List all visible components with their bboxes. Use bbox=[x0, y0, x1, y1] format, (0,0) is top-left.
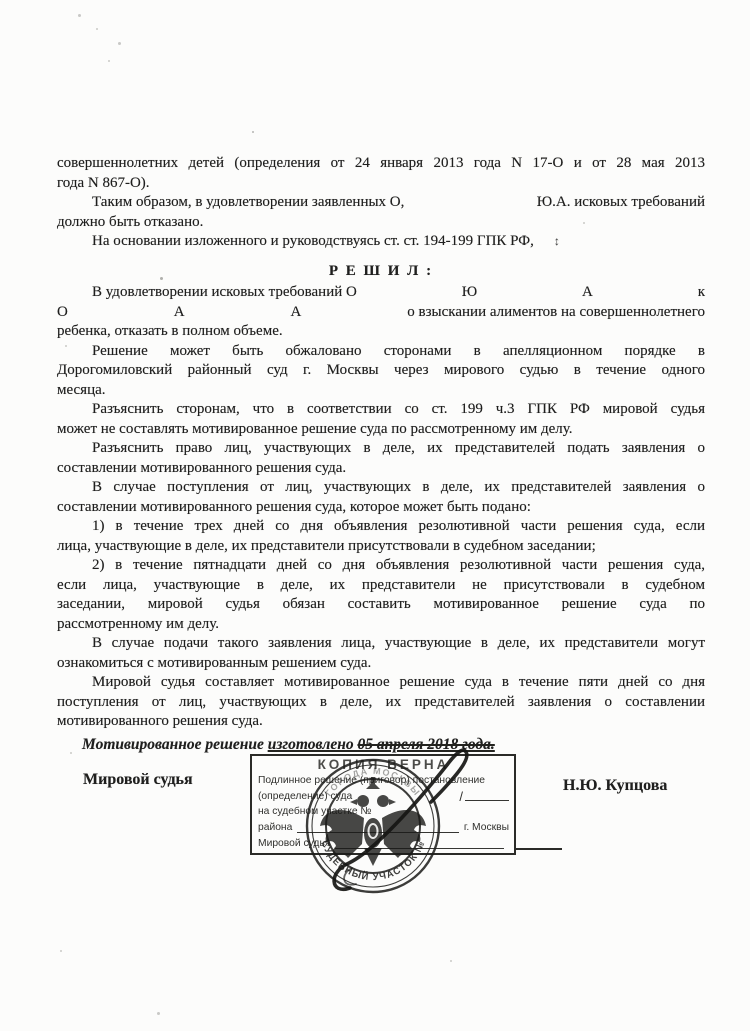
text-line: поступления от лиц, участвующих в деле, … bbox=[57, 693, 705, 713]
text-line: 1) в течение трех дней со дня объявления… bbox=[57, 517, 705, 537]
redacted-initial: Ю bbox=[462, 283, 477, 303]
text-line: Дорогомиловский районный суд г. Москвы ч… bbox=[57, 361, 705, 381]
date-note-struck-date: 05 апреля 2018 года. bbox=[357, 736, 494, 753]
date-note: Мотивированное решение изготовлено 05 ап… bbox=[82, 736, 495, 754]
pen-mark: ↕ bbox=[554, 234, 560, 248]
redacted-initial: О bbox=[57, 303, 68, 323]
text-segment: о взыскании алиментов на совершеннолетне… bbox=[407, 303, 705, 323]
scanned-court-decision-page: совершеннолетних детей (определения от 2… bbox=[0, 0, 750, 1031]
text-line: Мировой судья составляет мотивированное … bbox=[57, 673, 705, 693]
text-line: должно быть отказано. bbox=[57, 213, 705, 233]
scan-speck bbox=[70, 752, 72, 754]
text-line: составлении мотивированного решения суда… bbox=[57, 498, 705, 518]
text-line: ребенка, отказать в полном объеме. bbox=[57, 322, 705, 342]
stamp-line-extension bbox=[514, 848, 562, 850]
text-line: ознакомиться с мотивированным решением с… bbox=[57, 654, 705, 674]
stamp-line: (определение) суда / bbox=[258, 789, 509, 805]
text-line: совершеннолетних детей (определения от 2… bbox=[57, 154, 705, 174]
text-line: заседании, мировой судья обязан составит… bbox=[57, 595, 705, 615]
resolution-heading: Р Е Ш И Л : bbox=[57, 262, 705, 282]
text-line: В случае подачи такого заявления лица, у… bbox=[57, 634, 705, 654]
scan-speck bbox=[108, 60, 110, 62]
scan-speck bbox=[60, 950, 62, 952]
scan-speck bbox=[78, 14, 81, 17]
text-line-redacted: В удовлетворении исковых требований О Ю … bbox=[57, 283, 705, 303]
text-line: Разъяснить сторонам, что в соответствии … bbox=[57, 400, 705, 420]
stamp-slash: / bbox=[459, 789, 463, 805]
stamp-blank-line bbox=[297, 820, 458, 833]
text-segment: На основании изложенного и руководствуяс… bbox=[92, 233, 534, 249]
text-line: На основании изложенного и руководствуяс… bbox=[57, 232, 705, 252]
stamp-title: КОПИЯ ВЕРНА bbox=[258, 757, 509, 773]
text-segment: Таким образом, в удовлетворении заявленн… bbox=[57, 193, 404, 213]
judge-title: Мировой судья bbox=[83, 771, 193, 789]
stamp-line: Мировой судья bbox=[258, 836, 509, 852]
text-line: 2) в течение пятнадцати дней со дня объя… bbox=[57, 556, 705, 576]
stamp-blank-line bbox=[465, 800, 509, 801]
date-note-made: изготовлено bbox=[268, 736, 358, 753]
text-line: Разъяснить право лиц, участвующих в деле… bbox=[57, 439, 705, 459]
stamp-label: г. Москвы bbox=[464, 820, 509, 836]
text-line-redacted: Таким образом, в удовлетворении заявленн… bbox=[57, 193, 705, 213]
court-decision-text: совершеннолетних детей (определения от 2… bbox=[57, 154, 705, 732]
text-segment: Ю.А. исковых требований bbox=[537, 193, 705, 213]
stamp-line: района г. Москвы bbox=[258, 820, 509, 836]
judge-name: Н.Ю. Купцова bbox=[563, 777, 667, 795]
scan-speck bbox=[118, 42, 121, 45]
text-segment: к bbox=[698, 283, 705, 303]
redacted-initial: А bbox=[174, 303, 185, 323]
scan-speck bbox=[96, 28, 98, 30]
text-line: рассмотренному им делу. bbox=[57, 615, 705, 635]
stamp-label: (определение) суда bbox=[258, 789, 352, 805]
text-line: может не составлять мотивированное решен… bbox=[57, 420, 705, 440]
scan-speck bbox=[450, 960, 452, 962]
stamp-label: района bbox=[258, 820, 292, 836]
text-line: Решение может быть обжаловано сторонами … bbox=[57, 342, 705, 362]
redacted-initial: А bbox=[582, 283, 593, 303]
text-line: мотивированного решения суда. bbox=[57, 712, 705, 732]
stamp-line: Подлинное решение (приговор) постановлен… bbox=[258, 773, 509, 789]
text-line: В случае поступления от лиц, участвующих… bbox=[57, 478, 705, 498]
scan-speck bbox=[157, 1012, 160, 1015]
stamp-label: Мировой судья bbox=[258, 836, 330, 852]
text-line: составлении мотивированного решения суда… bbox=[57, 459, 705, 479]
stamp-line: на судебном участке № bbox=[258, 804, 509, 820]
text-segment: В удовлетворении исковых требований О bbox=[57, 283, 357, 303]
text-line-redacted: О А А о взыскании алиментов на совершенн… bbox=[57, 303, 705, 323]
date-note-lead: Мотивированное решение bbox=[82, 736, 268, 753]
text-line: года N 867-О). bbox=[57, 174, 705, 194]
redacted-initial: А bbox=[291, 303, 302, 323]
text-line: лица, участвующие в деле, их представите… bbox=[57, 537, 705, 557]
copy-certified-stamp: КОПИЯ ВЕРНА Подлинное решение (приговор)… bbox=[250, 754, 516, 855]
scan-speck bbox=[252, 131, 254, 133]
stamp-blank-line bbox=[335, 836, 504, 849]
text-line: если лица, участвующие в деле, их предст… bbox=[57, 576, 705, 596]
text-line: месяца. bbox=[57, 381, 705, 401]
